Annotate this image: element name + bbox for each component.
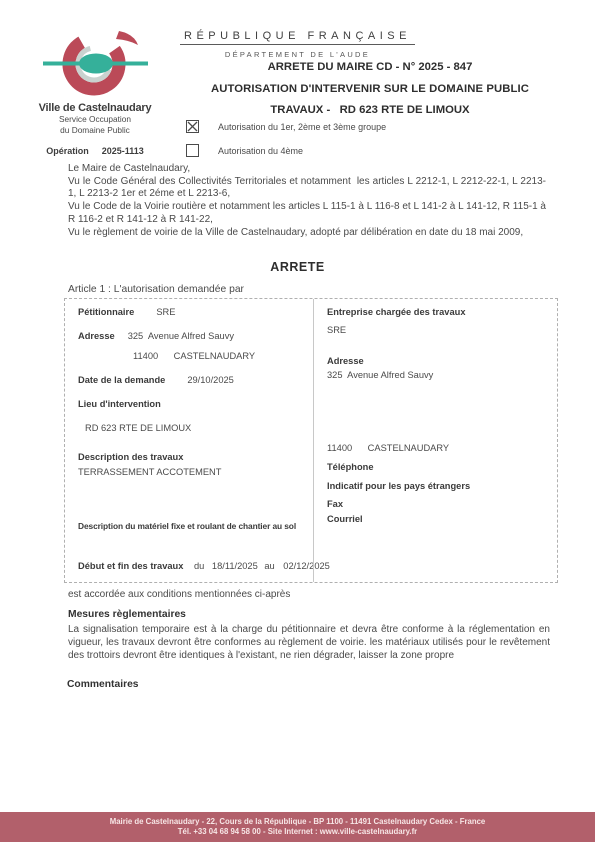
debut-fin-row: Début et fin des travaux du 18/11/2025 a… — [78, 561, 307, 571]
du-label: du — [194, 561, 204, 571]
arrete-heading: ARRETE — [0, 260, 595, 274]
au-label: au — [264, 561, 274, 571]
preamble-line-2: Vu le Code Général des Collectivités Ter… — [68, 176, 546, 201]
description-travaux-value: TERRASSEMENT ACCOTEMENT — [78, 467, 307, 477]
authorization-table: PétitionnaireSRE Adresse325 Avenue Alfre… — [64, 298, 558, 583]
adresse-value: 325 Avenue Alfred Sauvy — [128, 331, 234, 341]
telephone-label: Téléphone — [327, 462, 553, 472]
preamble-line-3: Vu le Code de la Voirie routière et nota… — [68, 201, 546, 226]
check-x-icon — [187, 121, 198, 132]
checkbox-label-group-1-2-3: Autorisation du 1er, 2ème et 3ème groupe — [218, 122, 386, 132]
republic-heading: RÉPUBLIQUE FRANÇAISE — [0, 30, 595, 45]
service-line-1: Service Occupation — [20, 114, 170, 125]
adresse-row: Adresse325 Avenue Alfred Sauvy — [78, 331, 307, 341]
org-name: Ville de Castelnaudary — [20, 102, 170, 114]
footer-contact: Tél. +33 04 68 94 58 00 - Site Internet … — [0, 827, 595, 837]
courriel-label: Courriel — [327, 514, 553, 524]
operation-number: 2025-1113 — [102, 146, 144, 156]
entreprise-label: Entreprise chargée des travaux — [327, 307, 553, 317]
debut-fin-label: Début et fin des travaux — [78, 561, 183, 571]
lieu-intervention-value: RD 623 RTE DE LIMOUX — [85, 423, 307, 433]
lieu-intervention-label: Lieu d'intervention — [78, 399, 307, 409]
petitionnaire-row: PétitionnaireSRE — [78, 307, 307, 317]
article-1-line: Article 1 : L'autorisation demandée par — [68, 284, 244, 295]
petitionnaire-value: SRE — [156, 307, 175, 317]
mesures-heading: Mesures règlementaires — [68, 609, 186, 620]
service-line-2: du Domaine Public — [20, 125, 170, 136]
accorde-line: est accordée aux conditions mentionnées … — [68, 589, 290, 600]
footer-band: Mairie de Castelnaudary - 22, Cours de l… — [0, 812, 595, 842]
table-left-column: PétitionnaireSRE Adresse325 Avenue Alfre… — [65, 299, 313, 582]
preamble: Le Maire de Castelnaudary, Vu le Code Gé… — [68, 163, 546, 239]
travaux-title: TRAVAUX - RD 623 RTE DE LIMOUX — [150, 104, 590, 116]
description-materiel-label: Description du matériel fixe et roulant … — [78, 521, 307, 531]
adresse-label: Adresse — [78, 331, 115, 341]
footer-address: Mairie de Castelnaudary - 22, Cours de l… — [0, 812, 595, 827]
date-debut-value: 18/11/2025 — [212, 561, 258, 571]
fax-label: Fax — [327, 499, 553, 509]
indicatif-label: Indicatif pour les pays étrangers — [327, 481, 553, 491]
date-demande-value: 29/10/2025 — [187, 375, 234, 385]
preamble-line-4: Vu le règlement de voirie de la Ville de… — [68, 227, 546, 240]
preamble-line-1: Le Maire de Castelnaudary, — [68, 163, 546, 176]
description-travaux-label: Description des travaux — [78, 452, 307, 462]
autorisation-title: AUTORISATION D'INTERVENIR SUR LE DOMAINE… — [150, 83, 590, 95]
operation-label: Opération — [46, 146, 89, 156]
entreprise-value: SRE — [327, 325, 553, 335]
document-page: Ville de Castelnaudary Service Occupatio… — [0, 0, 595, 842]
adresse-city: 11400 CASTELNAUDARY — [133, 351, 307, 361]
city-logo-block: Ville de Castelnaudary Service Occupatio… — [20, 28, 170, 156]
mesures-body: La signalisation temporaire est à la cha… — [68, 623, 550, 662]
entreprise-city-value: 11400 CASTELNAUDARY — [327, 443, 553, 453]
table-right-column: Entreprise chargée des travaux SRE Adres… — [313, 299, 559, 582]
date-demande-row: Date de la demande29/10/2025 — [78, 375, 307, 385]
checkbox-group-4[interactable] — [186, 144, 199, 157]
entreprise-adresse-value: 325 Avenue Alfred Sauvy — [327, 370, 553, 380]
checkbox-group-1-2-3[interactable] — [186, 120, 199, 133]
checkbox-label-group-4: Autorisation du 4ème — [218, 146, 303, 156]
commentaires-heading: Commentaires — [67, 679, 139, 690]
arrete-number-title: ARRETE DU MAIRE CD - N° 2025 - 847 — [150, 61, 590, 73]
operation-row: Opération2025-1113 — [20, 146, 170, 156]
petitionnaire-label: Pétitionnaire — [78, 307, 134, 317]
entreprise-adresse-label: Adresse — [327, 356, 553, 366]
date-demande-label: Date de la demande — [78, 375, 165, 385]
department-heading: DÉPARTEMENT DE L'AUDE — [0, 50, 595, 59]
